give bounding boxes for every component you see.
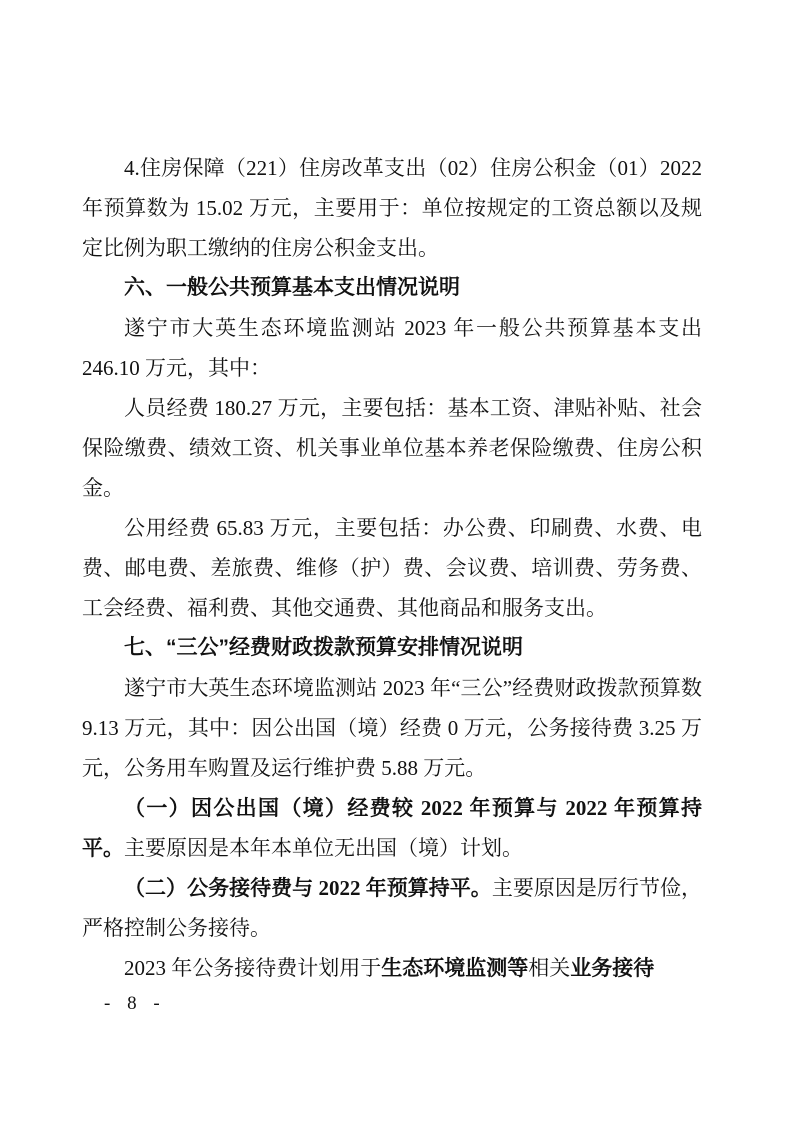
- heading-text: 六、一般公共预算基本支出情况说明: [124, 276, 460, 299]
- paragraph-reception-expense: （二）公务接待费与 2022 年预算持平。主要原因是厉行节俭，严格控制公务接待。: [82, 868, 702, 948]
- document-body: 4.住房保障（221）住房改革支出（02）住房公积金（01）2022 年预算数为…: [82, 148, 702, 989]
- heading-text: 七、“三公”经费财政拨款预算安排情况说明: [124, 636, 523, 659]
- paragraph-emphasis-text: （二）公务接待费与 2022 年预算持平。: [124, 876, 492, 900]
- paragraph-reception-plan: 2023 年公务接待费计划用于生态环境监测等相关业务接待: [82, 948, 702, 989]
- paragraph-public-expense: 公用经费 65.83 万元，主要包括：办公费、印刷费、水费、电费、邮电费、差旅费…: [82, 508, 702, 628]
- paragraph-text: 遂宁市大英生态环境监测站 2023 年一般公共预算基本支出 246.10 万元，…: [82, 316, 702, 380]
- paragraph-text: 主要原因是本年本单位无出国（境）计划。: [124, 836, 523, 860]
- paragraph-basic-expenditure-total: 遂宁市大英生态环境监测站 2023 年一般公共预算基本支出 246.10 万元，…: [82, 308, 702, 388]
- section-heading-basic-expenditure: 六、一般公共预算基本支出情况说明: [82, 268, 702, 308]
- paragraph-text: 4.住房保障（221）住房改革支出（02）住房公积金（01）2022 年预算数为…: [82, 156, 702, 260]
- paragraph-personnel-expense: 人员经费 180.27 万元，主要包括：基本工资、津贴补贴、社会保险缴费、绩效工…: [82, 388, 702, 508]
- document-page: 4.住房保障（221）住房改革支出（02）住房公积金（01）2022 年预算数为…: [0, 0, 793, 1122]
- paragraph-text: 遂宁市大英生态环境监测站 2023 年“三公”经费财政拨款预算数 9.13 万元…: [82, 676, 702, 780]
- paragraph-emphasis-text: 业务接待: [570, 957, 654, 980]
- paragraph-text: 人员经费 180.27 万元，主要包括：基本工资、津贴补贴、社会保险缴费、绩效工…: [82, 396, 702, 500]
- section-heading-three-public: 七、“三公”经费财政拨款预算安排情况说明: [82, 628, 702, 668]
- paragraph-housing-fund: 4.住房保障（221）住房改革支出（02）住房公积金（01）2022 年预算数为…: [82, 148, 702, 268]
- page-number: - 8 -: [104, 984, 163, 1024]
- paragraph-text: 相关: [528, 956, 570, 980]
- paragraph-text: 2023 年公务接待费计划用于: [124, 956, 381, 980]
- paragraph-three-public-total: 遂宁市大英生态环境监测站 2023 年“三公”经费财政拨款预算数 9.13 万元…: [82, 668, 702, 788]
- paragraph-text: 公用经费 65.83 万元，主要包括：办公费、印刷费、水费、电费、邮电费、差旅费…: [82, 516, 702, 620]
- paragraph-abroad-expense: （一）因公出国（境）经费较 2022 年预算与 2022 年预算持平。主要原因是…: [82, 788, 702, 868]
- paragraph-emphasis-text: 生态环境监测等: [381, 957, 528, 980]
